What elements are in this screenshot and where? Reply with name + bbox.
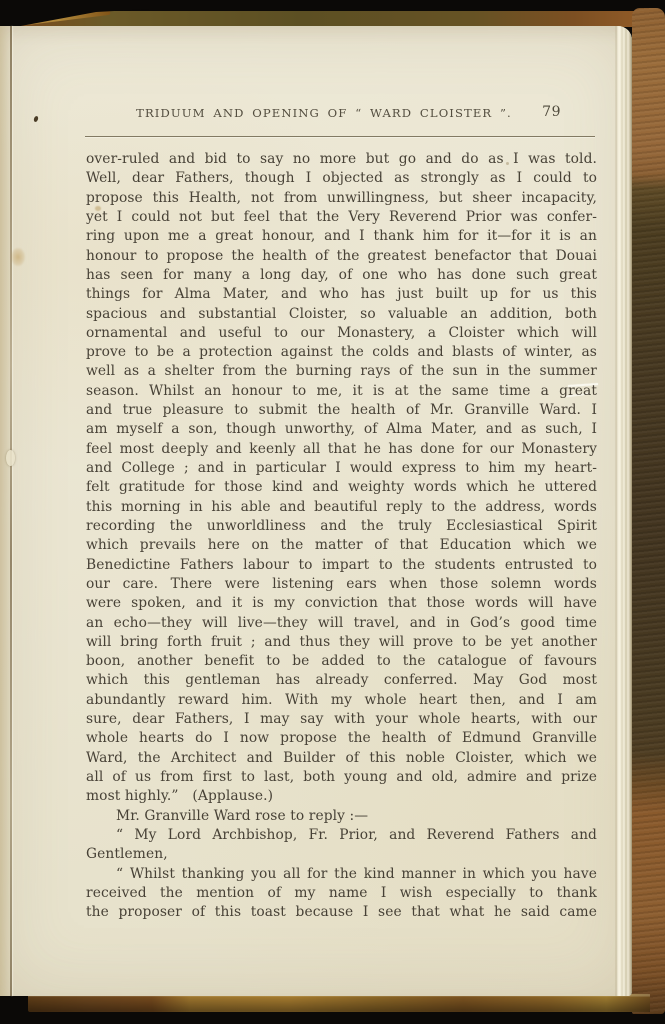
text-line: well as a shelter from the burning rays … [86, 362, 597, 381]
text-line: Ward, the Architect and Builder of this … [86, 749, 597, 768]
text-line: Benedictine Fathers labour to impart to … [86, 556, 597, 575]
text-line: propose this Health, not from unwillingn… [86, 189, 597, 208]
book-cover-top-edge [16, 11, 650, 27]
text-line: will bring forth fruit ; and thus they w… [86, 633, 597, 652]
header-rule [85, 136, 595, 137]
page-fold-line [10, 26, 12, 996]
text-line: an echo—they will live—they will travel,… [86, 614, 597, 633]
text-line: were spoken, and it is my conviction tha… [86, 594, 597, 613]
text-line: prove to be a protection against the col… [86, 343, 597, 362]
paper-speck [33, 115, 39, 122]
book-cover-right-edge [632, 8, 665, 1014]
text-line: the proposer of this toast because I see… [86, 903, 597, 922]
text-line: which this gentleman has already conferr… [86, 671, 597, 690]
text-line: Gentlemen, [86, 845, 597, 864]
scanned-book-photo: TRIDUUM AND OPENING OF “ WARD CLOISTER ”… [0, 0, 665, 1024]
page-fold-nick [6, 450, 15, 466]
text-line: “ Whilst thanking you all for the kind m… [86, 865, 597, 884]
page-header-title: TRIDUUM AND OPENING OF “ WARD CLOISTER ”… [86, 103, 562, 123]
text-line: this morning in his able and beautiful r… [86, 498, 597, 517]
running-header: TRIDUUM AND OPENING OF “ WARD CLOISTER ”… [86, 103, 597, 123]
text-line: season. Whilst an honour to me, it is at… [86, 382, 597, 401]
text-line: felt gratitude for those kind and weight… [86, 478, 597, 497]
text-line: Well, dear Fathers, though I objected as… [86, 169, 597, 188]
text-line: feel most deeply and keenly all that he … [86, 440, 597, 459]
text-line: our care. There were listening ears when… [86, 575, 597, 594]
text-line: most highly.” (Applause.) [86, 787, 597, 806]
text-line: sure, dear Fathers, I may say with your … [86, 710, 597, 729]
text-line: spacious and substantial Cloister, so va… [86, 305, 597, 324]
text-line: boon, another benefit to be added to the… [86, 652, 597, 671]
text-line: “ My Lord Archbishop, Fr. Prior, and Rev… [86, 826, 597, 845]
text-line: Mr. Granville Ward rose to reply :— [86, 807, 597, 826]
text-line: things for Alma Mater, and who has just … [86, 285, 597, 304]
text-line: honour to propose the health of the grea… [86, 247, 597, 266]
text-line: yet I could not but feel that the Very R… [86, 208, 597, 227]
text-line: has seen for many a long day, of one who… [86, 266, 597, 285]
text-line: over-ruled and bid to say no more but go… [86, 150, 597, 169]
text-line: ring upon me a great honour, and I thank… [86, 227, 597, 246]
text-line: am myself a son, though unworthy, of Alm… [86, 420, 597, 439]
page-gutter-shading [0, 26, 10, 996]
text-line: whole hearts do I now propose the health… [86, 729, 597, 748]
page-number: 79 [542, 102, 561, 122]
text-line: which prevails here on the matter of tha… [86, 536, 597, 555]
text-line: and true pleasure to submit the health o… [86, 401, 597, 420]
text-line: all of us from first to last, both young… [86, 768, 597, 787]
page-edge-stack [615, 26, 632, 996]
text-line: recording the unworldliness and the trul… [86, 517, 597, 536]
text-line: ornamental and useful to our Monastery, … [86, 324, 597, 343]
body-text: over-ruled and bid to say no more but go… [86, 150, 597, 923]
book-cover-bottom-edge [28, 994, 650, 1012]
text-line: and College ; and in particular I would … [86, 459, 597, 478]
paper-stain [8, 244, 28, 270]
text-line: abundantly reward him. With my whole hea… [86, 691, 597, 710]
text-line: received the mention of my name I wish e… [86, 884, 597, 903]
book-page: TRIDUUM AND OPENING OF “ WARD CLOISTER ”… [0, 26, 632, 996]
